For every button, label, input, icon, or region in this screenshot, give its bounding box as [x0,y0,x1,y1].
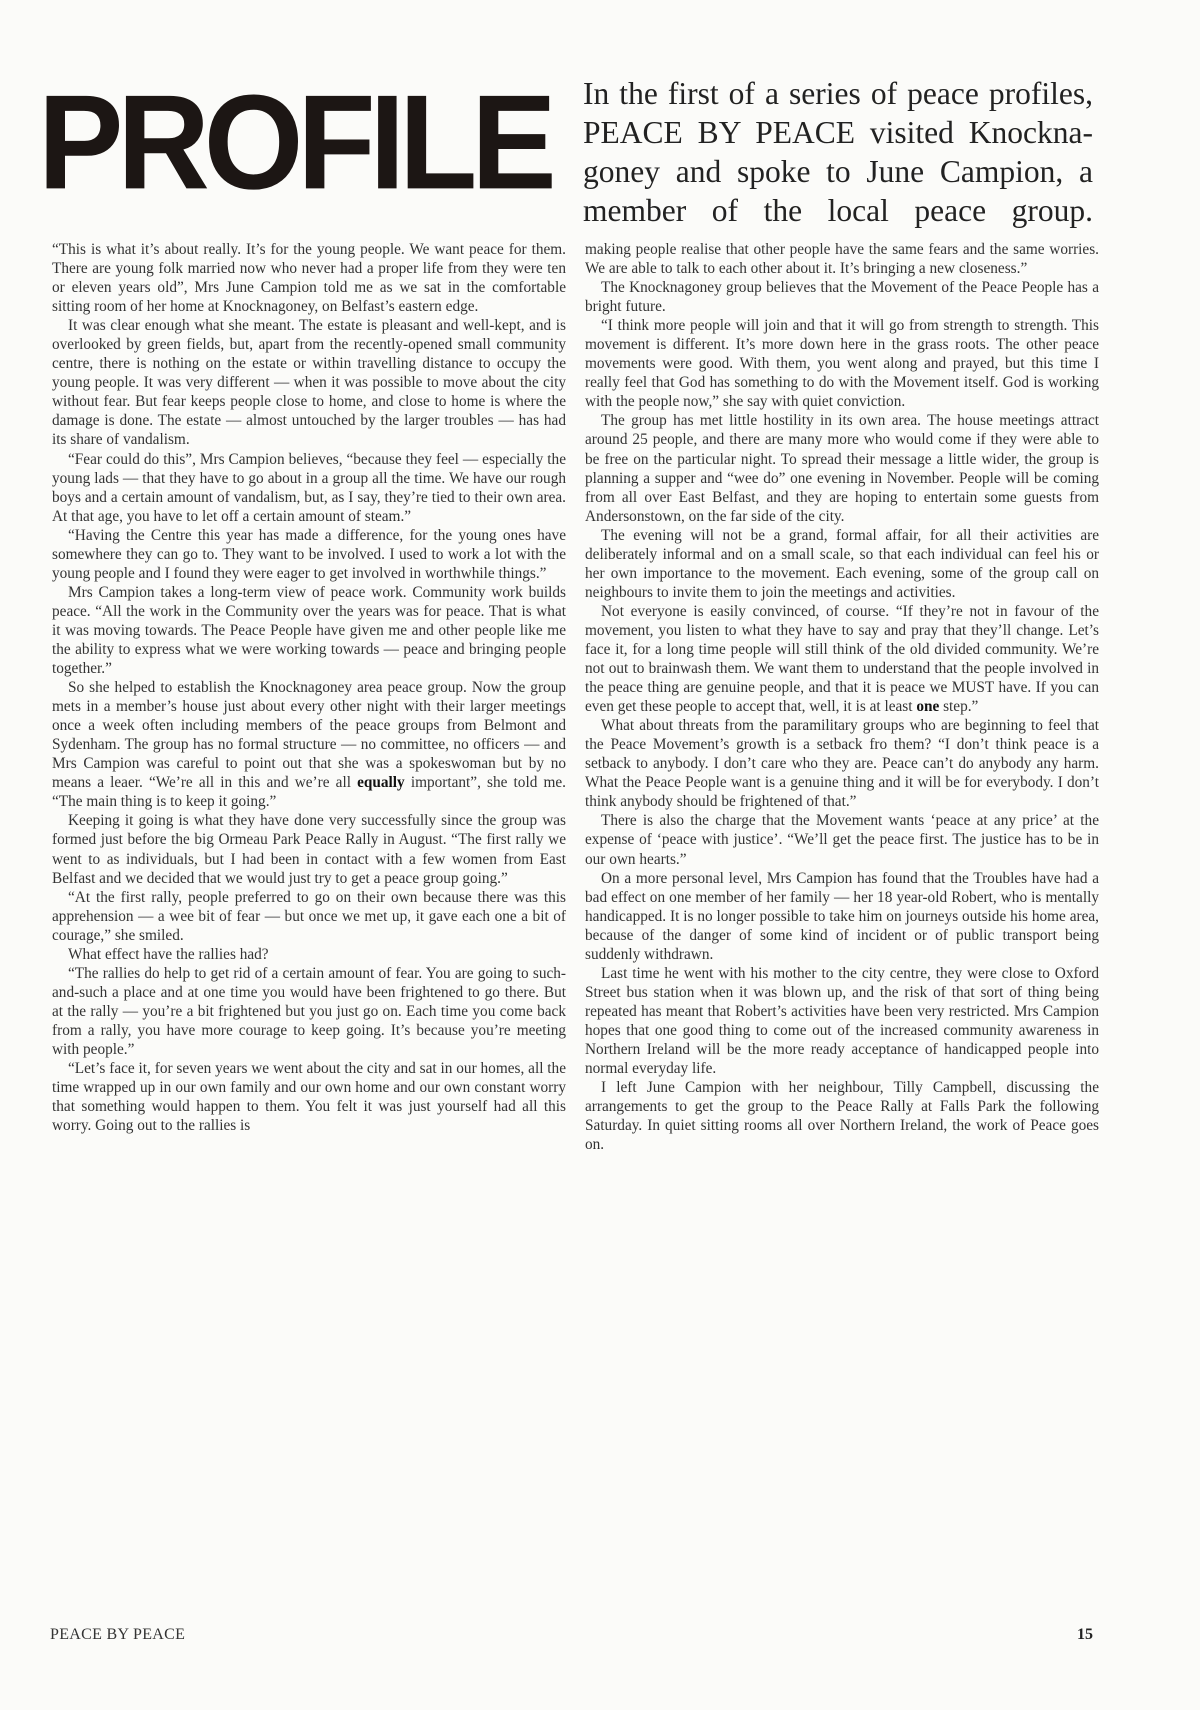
paragraph: making people realise that other people … [585,240,1099,278]
paragraph: “Let’s face it, for seven years we went … [52,1059,566,1135]
paragraph-text: step.” [939,698,978,715]
standfirst-text: In the first of a series of peace profil… [583,74,1093,230]
headline-profile: PROFILE [38,76,551,210]
paragraph: There is also the charge that the Moveme… [585,811,1099,868]
paragraph: The group has met little hostility in it… [585,411,1099,525]
paragraph: Mrs Campion takes a long-term view of pe… [52,583,566,678]
paragraph: What effect have the rallies had? [52,945,566,964]
paragraph: On a more personal level, Mrs Campion ha… [585,869,1099,964]
paragraph: The Knocknagoney group believes that the… [585,278,1099,316]
paragraph: “At the first rally, people preferred to… [52,888,566,945]
article-column-left: “This is what it’s about really. It’s fo… [52,240,566,1135]
paragraph: The evening will not be a grand, formal … [585,526,1099,602]
paragraph: “I think more people will join and that … [585,316,1099,411]
paragraph: “Having the Centre this year has made a … [52,526,566,583]
paragraph: “Fear could do this”, Mrs Campion believ… [52,450,566,526]
paragraph: Not everyone is easily convinced, of cou… [585,602,1099,716]
page-number: 15 [1077,1626,1093,1644]
paragraph: I left June Campion with her neighbour, … [585,1078,1099,1154]
footer-publication: PEACE BY PEACE [50,1626,185,1644]
paragraph: It was clear enough what she meant. The … [52,316,566,449]
emphasis-equally: equally [357,774,405,791]
paragraph: So she helped to establish the Knocknago… [52,678,566,811]
paragraph: “This is what it’s about really. It’s fo… [52,240,566,316]
paragraph: “The rallies do help to get rid of a cer… [52,964,566,1059]
paragraph-text: Not everyone is easily convinced, of cou… [585,603,1099,715]
paragraph: Keeping it going is what they have done … [52,811,566,887]
paragraph: What about threats from the paramilitary… [585,716,1099,811]
paragraph: Last time he went with his mother to the… [585,964,1099,1078]
article-column-right: making people realise that other people … [585,240,1099,1154]
standfirst: In the first of a series of peace profil… [583,74,1093,230]
emphasis-one: one [916,698,939,715]
